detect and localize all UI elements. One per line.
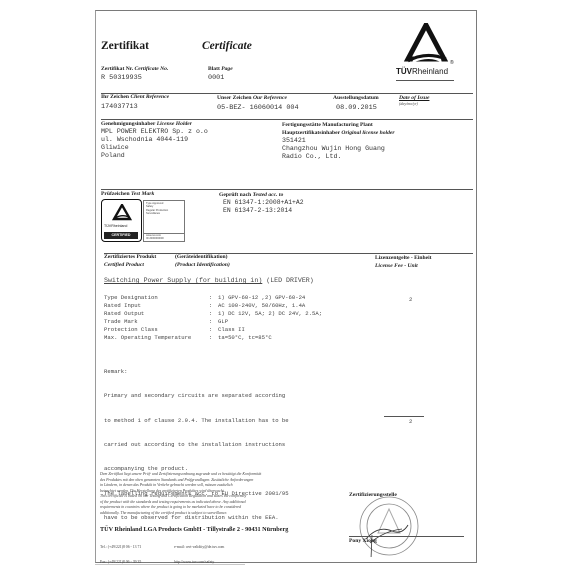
fine-print-line: requirements in countries where the prod… bbox=[100, 505, 261, 511]
product-id-label-en: (Product Identification) bbox=[175, 262, 230, 268]
tuv-certified-seal: TÜVRheinland CERTIFIED bbox=[101, 199, 142, 242]
standard-item: EN 61347-2-13:2014 bbox=[223, 207, 304, 215]
official-seal-icon bbox=[358, 495, 420, 557]
fine-print-line: Dem Zertifikat liegt unsere Prüf- und Ze… bbox=[100, 472, 261, 478]
remark-line: Primary and secondary circuits are separ… bbox=[104, 392, 289, 400]
signature-line bbox=[349, 536, 464, 537]
badge-certified: CERTIFIED bbox=[104, 232, 138, 239]
license-holder-label: Genehmigungsinhaber License Holder bbox=[101, 121, 192, 127]
plant-line: Changzhou Wujin Hong Guang bbox=[282, 145, 385, 153]
signatory-name: Pony Xiong bbox=[349, 538, 377, 544]
divider bbox=[101, 189, 473, 190]
badge-info-line: Surveillance bbox=[146, 212, 182, 215]
certified-product-label-en: Certified Product bbox=[104, 262, 144, 268]
divider bbox=[104, 253, 473, 254]
license-holder-line: ul. Wschodnia 4044-119 bbox=[101, 136, 208, 144]
product-name-suffix: (LED DRIVER) bbox=[262, 277, 313, 284]
tuv-rheinland-logo: TÜVRheinland ® bbox=[396, 23, 456, 85]
license-fee-value: 2 bbox=[409, 296, 412, 303]
issue-date-value: 08.09.2015 bbox=[336, 104, 377, 112]
tested-acc-label: Geprüft nach Tested acc. to bbox=[219, 192, 283, 198]
our-reference-value: 05-BEZ- 16060014 004 bbox=[217, 104, 299, 112]
license-holder-line: Gliwice bbox=[101, 144, 208, 152]
certificate-no-value: R 50319935 bbox=[101, 74, 142, 82]
badge-brand: TÜVRheinland bbox=[104, 224, 127, 228]
spec-row: Rated Input:AC 100-240V, 50/60Hz, 1.4A bbox=[104, 302, 322, 310]
product-name-main: Switching Power Supply (for building in) bbox=[104, 277, 262, 284]
license-fee-label-en: License Fee - Unit bbox=[375, 263, 418, 269]
certified-product-label-de: Zertifiziertes Produkt bbox=[104, 254, 156, 260]
plant-line: Radio Co., Ltd. bbox=[282, 153, 385, 161]
license-holder-address: MPL POWER ELEKTRO Sp. z o.o ul. Wschodni… bbox=[101, 128, 208, 160]
fine-print-line: additionally. The manufacturing of the c… bbox=[100, 511, 261, 517]
test-mark-badge: TÜVRheinland CERTIFIED Type Approved Saf… bbox=[101, 199, 186, 243]
spec-row: Type Designation:1) GPV-60-12 ,2) GPV-60… bbox=[104, 294, 322, 302]
logo-text-rheinland: Rheinland bbox=[412, 67, 448, 76]
client-reference-label: Ihr Zeichen Client Reference bbox=[101, 94, 169, 100]
tuv-triangle-icon bbox=[112, 204, 132, 222]
our-reference-label: Unser Zeichen Our Reference bbox=[217, 95, 287, 101]
fine-print-line: This certificate is based on our Testing… bbox=[100, 494, 261, 500]
date-format-hint: (day/mo/yr) bbox=[399, 101, 418, 106]
fee-total-line bbox=[384, 416, 424, 417]
page-value: 0001 bbox=[208, 74, 224, 82]
license-fee-label-de: Lizenzentgelte - Einheit bbox=[375, 255, 432, 261]
product-specs: Type Designation:1) GPV-60-12 ,2) GPV-60… bbox=[104, 294, 322, 343]
email: e-mail: cert-validity@de.tuv.com bbox=[174, 545, 224, 550]
product-id-label-de: (Geräteidentifikation) bbox=[175, 254, 228, 260]
fine-print: Dem Zertifikat liegt unsere Prüf- und Ze… bbox=[100, 472, 261, 516]
spec-row: Rated Output:1) DC 12V, 5A; 2) DC 24V, 2… bbox=[104, 310, 322, 318]
license-fee-total: 2 bbox=[409, 418, 412, 425]
logo-text-tuv: TÜV bbox=[396, 67, 412, 76]
standards-list: EN 61347-1:2008+A1+A2 EN 61347-2-13:2014 bbox=[223, 199, 304, 215]
divider bbox=[101, 119, 473, 120]
badge-id: ID 2000000000 bbox=[146, 237, 182, 240]
manufacturing-plant-label: Fertigungsstätte Manufacturing Plant bbox=[282, 122, 373, 128]
manufacturing-plant-address: 351421 Changzhou Wujin Hong Guang Radio … bbox=[282, 137, 385, 161]
title-english: Certificate bbox=[202, 40, 252, 52]
license-holder-line: MPL POWER ELEKTRO Sp. z o.o bbox=[101, 128, 208, 136]
tel: Tel.: (+49/221)8 06 - 13 71 bbox=[100, 545, 141, 550]
page-label: Blatt Page bbox=[208, 66, 233, 72]
badge-info-box: Type Approved Safety Regular Production … bbox=[143, 200, 185, 242]
certificate-no-label: Zertifikat Nr. Certificate No. bbox=[101, 66, 168, 72]
client-reference-value: 174037713 bbox=[101, 103, 138, 111]
tuv-triangle-icon bbox=[396, 23, 456, 67]
issue-date-label: Ausstellungsdatum bbox=[333, 95, 379, 101]
remark-line: to method 1 of clause 2.9.4. The install… bbox=[104, 417, 289, 425]
spec-row: Max. Operating Temperature:ta=50°C, tc=8… bbox=[104, 334, 322, 342]
test-mark-label: Prüfzeichen Test Mark bbox=[101, 191, 154, 197]
original-license-holder-label: Hauptzertifikatsinhaber Original license… bbox=[282, 130, 395, 136]
registered-mark: ® bbox=[450, 60, 454, 66]
spec-row: Protection Class:Class II bbox=[104, 326, 322, 334]
remark-line: carried out according to the installatio… bbox=[104, 441, 289, 449]
title-german: Zertifikat bbox=[101, 40, 149, 52]
remark-title: Remark: bbox=[104, 368, 289, 376]
standard-item: EN 61347-1:2008+A1+A2 bbox=[223, 199, 304, 207]
product-name: Switching Power Supply (for building in)… bbox=[104, 277, 314, 284]
spec-row: Trade Mark:GLP bbox=[104, 318, 322, 326]
license-holder-line: Poland bbox=[101, 152, 208, 160]
logo-underline bbox=[396, 80, 454, 81]
company-address: TÜV Rheinland LGA Products GmbH - Tillys… bbox=[100, 526, 288, 533]
plant-line: 351421 bbox=[282, 137, 385, 145]
certificate-page: Zertifikat Certificate TÜVRheinland ® Ze… bbox=[95, 10, 477, 563]
scan-artifact bbox=[95, 564, 245, 565]
